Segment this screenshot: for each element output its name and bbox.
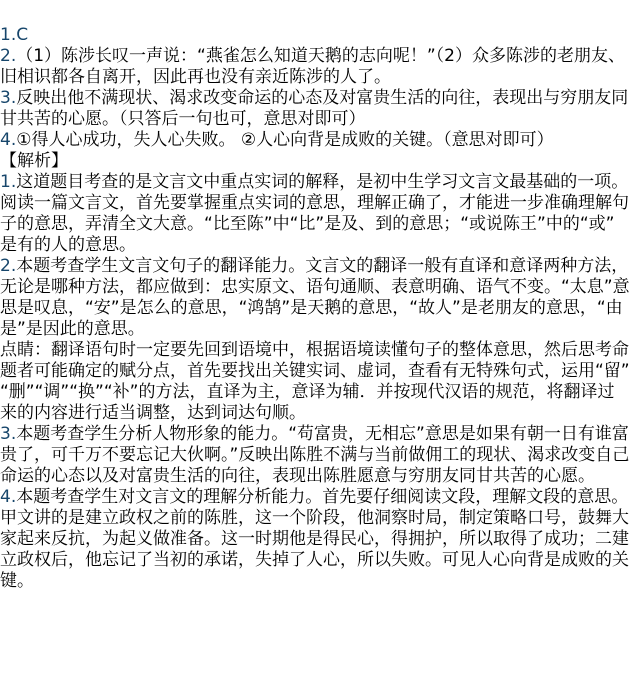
answer-text: ①得人心成功，失人心失败。 ②人心向背是成败的关键。（意思对即可） — [16, 130, 553, 150]
answer-sheet-document: 1.C 2.（1）陈涉长叹一声说：“燕雀怎么知道天鹅的志向呢！”（2）众多陈涉的… — [0, 0, 630, 592]
analysis-number: 1. — [0, 172, 16, 192]
analysis-text: 本题考查学生分析人物形象的能力。“苟富贵，无相忘”意思是如果有朝一日有谁富贵了，… — [0, 424, 629, 486]
analysis-paragraph-3: 3.本题考查学生分析人物形象的能力。“苟富贵，无相忘”意思是如果有朝一日有谁富贵… — [0, 424, 630, 487]
analysis-paragraph-2: 2.本题考查学生文言文句子的翻译能力。文言文的翻译一般有直译和意译两种方法，无论… — [0, 256, 630, 340]
analysis-number: 3. — [0, 424, 16, 444]
answer-item-1: 1.C — [0, 25, 630, 46]
answer-item-4: 4.①得人心成功，失人心失败。 ②人心向背是成败的关键。（意思对即可） — [0, 130, 630, 151]
analysis-number: 2. — [0, 256, 16, 276]
analysis-text: 本题考查学生文言文句子的翻译能力。文言文的翻译一般有直译和意译两种方法，无论是哪… — [0, 256, 630, 339]
answer-number: 2. — [0, 46, 16, 66]
answer-text: 反映出他不满现状、渴求改变命运的心态及对富贵生活的向往，表现出与穷朋友同甘共苦的… — [0, 88, 628, 129]
answer-number: 3. — [0, 88, 16, 108]
answer-item-3: 3.反映出他不满现状、渴求改变命运的心态及对富贵生活的向往，表现出与穷朋友同甘共… — [0, 88, 630, 130]
analysis-paragraph-4: 4.本题考查学生对文言文的理解分析能力。首先要仔细阅读文段，理解文段的意思。甲文… — [0, 487, 630, 592]
analysis-header: 【解析】 — [0, 151, 630, 172]
answer-number: 1. — [0, 25, 16, 45]
answer-text: C — [16, 25, 28, 45]
analysis-text: 这道题目考查的是文言文中重点实词的解释，是初中生学习文言文最基础的一项。阅读一篇… — [0, 172, 629, 255]
analysis-text: 本题考查学生对文言文的理解分析能力。首先要仔细阅读文段，理解文段的意思。甲文讲的… — [0, 487, 629, 591]
analysis-paragraph-1: 1.这道题目考查的是文言文中重点实词的解释，是初中生学习文言文最基础的一项。阅读… — [0, 172, 630, 256]
answer-item-2: 2.（1）陈涉长叹一声说：“燕雀怎么知道天鹅的志向呢！”（2）众多陈涉的老朋友、… — [0, 46, 630, 88]
analysis-tip-paragraph: 点睛：翻译语句时一定要先回到语境中，根据语境读懂句子的整体意思，然后思考命题者可… — [0, 340, 630, 424]
analysis-number: 4. — [0, 487, 16, 507]
answer-number: 4. — [0, 130, 16, 150]
answer-text: （1）陈涉长叹一声说：“燕雀怎么知道天鹅的志向呢！”（2）众多陈涉的老朋友、旧相… — [0, 46, 625, 87]
analysis-text: 点睛：翻译语句时一定要先回到语境中，根据语境读懂句子的整体意思，然后思考命题者可… — [0, 340, 630, 423]
